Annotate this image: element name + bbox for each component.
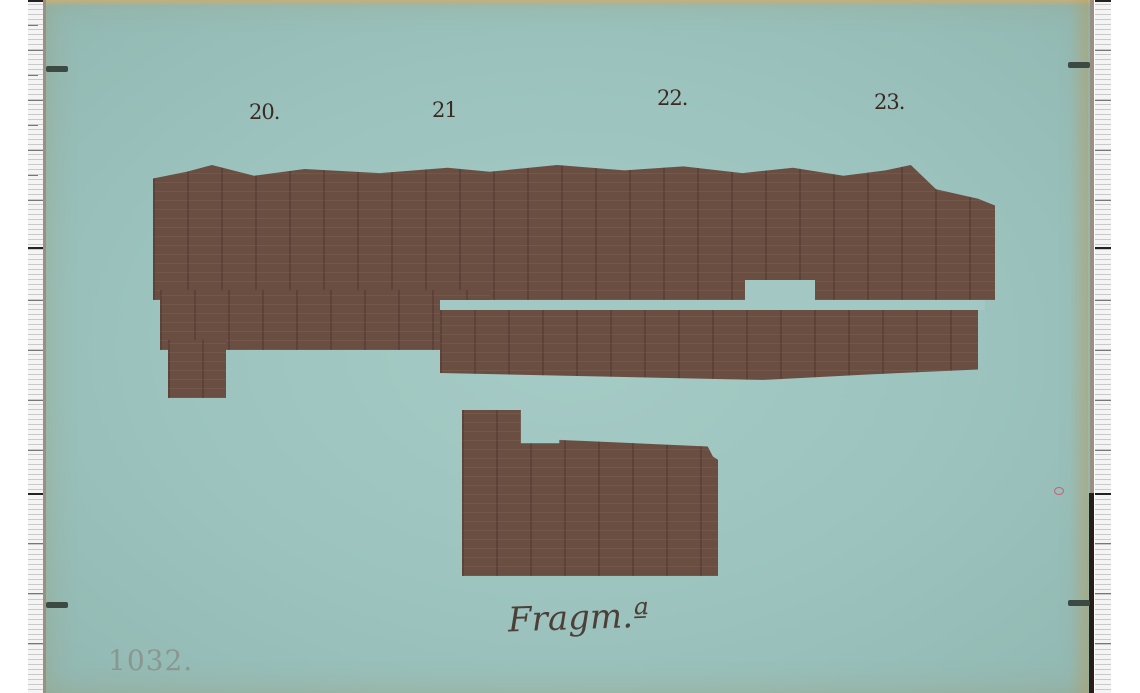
mounting-clip	[46, 602, 68, 608]
papyrus-fragment-lower-strip	[440, 310, 978, 380]
mounting-clip	[46, 66, 68, 72]
ruler-tick	[1095, 493, 1111, 495]
ruler-tick	[28, 643, 44, 644]
column-number-23: 23.	[874, 90, 904, 114]
column-number-21: 21	[432, 98, 457, 122]
ruler-tick	[1095, 593, 1111, 594]
ruler-tick	[28, 543, 44, 544]
ruler-tick	[28, 400, 44, 401]
ruler-tick	[28, 450, 44, 451]
column-number-20: 20.	[249, 100, 279, 124]
ruler-tick	[28, 593, 44, 594]
papyrus-fragment-upper	[153, 165, 995, 300]
ruler-tick	[1095, 643, 1111, 644]
ruler-tick	[1095, 247, 1111, 249]
ruler-tick	[28, 0, 44, 2]
ruler-tick	[28, 25, 38, 26]
papyrus-fragment-tail	[168, 340, 226, 398]
ruler-tick	[1095, 200, 1111, 201]
mounting-clip	[1068, 600, 1090, 606]
top-stain	[46, 0, 1090, 6]
fragment-gap	[745, 280, 815, 305]
ruler-tick	[28, 150, 44, 151]
board-right-bar	[1089, 493, 1094, 693]
right-measurement-ruler	[1095, 0, 1111, 693]
fragment-caption: Fragm.ª	[507, 596, 649, 641]
ruler-tick	[28, 350, 44, 351]
mounting-clip	[1068, 62, 1090, 68]
ruler-tick	[28, 300, 44, 301]
fragment-gap	[440, 300, 985, 310]
ruler-tick	[1095, 350, 1111, 351]
ruler-tick	[28, 200, 44, 201]
ruler-tick	[28, 175, 38, 176]
ruler-tick	[28, 493, 44, 495]
inventory-number: 1032.	[108, 644, 193, 677]
ruler-tick	[1095, 300, 1111, 301]
ruler-tick	[1095, 0, 1111, 2]
ruler-tick	[28, 125, 38, 126]
ruler-tick	[1095, 450, 1111, 451]
right-stain	[1070, 0, 1088, 693]
ruler-tick	[28, 75, 38, 76]
ruler-tick	[1095, 400, 1111, 401]
ruler-tick	[28, 50, 44, 51]
ruler-tick	[1095, 150, 1111, 151]
ruler-tick	[28, 100, 44, 101]
pink-ink-mark	[1054, 487, 1064, 495]
ruler-tick	[1095, 100, 1111, 101]
left-measurement-ruler	[28, 0, 44, 693]
ruler-tick	[28, 247, 44, 249]
ruler-tick	[1095, 50, 1111, 51]
ruler-tick	[1095, 543, 1111, 544]
column-number-22: 22.	[657, 86, 687, 110]
